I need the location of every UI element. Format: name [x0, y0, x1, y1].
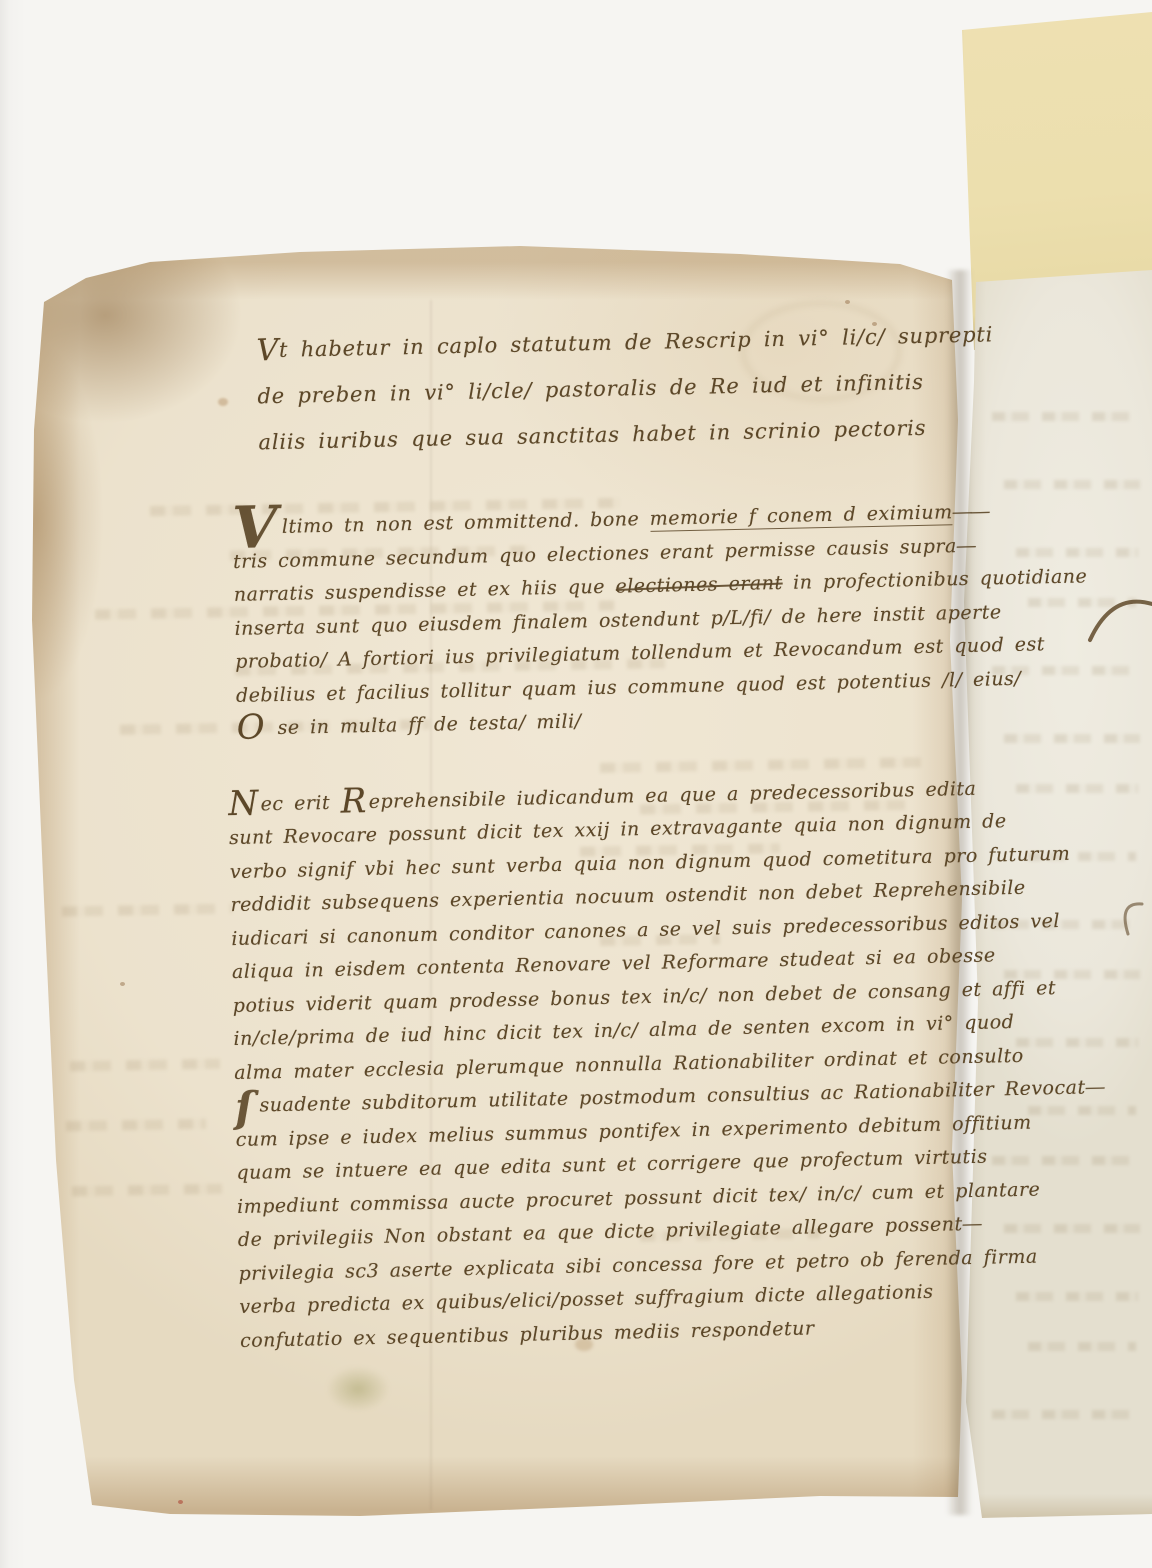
manuscript-text: ―: [1085, 1076, 1103, 1098]
manuscript-text: ―: [957, 534, 975, 556]
manuscript-text: electiones erant: [615, 572, 783, 598]
speck: [120, 982, 125, 986]
bleedthrough-line: [1028, 598, 1136, 607]
manuscript-text: V: [232, 493, 279, 562]
bleedthrough-line: [992, 412, 1142, 421]
bleedthrough-line: [1016, 1292, 1138, 1301]
paragraph: Nec erit Reprehensibile iudicandum ea qu…: [228, 772, 990, 1358]
bleedthrough-line: [1016, 784, 1138, 793]
paragraph: Vltimo tn non est ommittend. bone memori…: [232, 496, 977, 747]
manuscript-text: ――: [952, 500, 988, 523]
bleedthrough-line: [1004, 734, 1140, 743]
photo-backdrop: Vt habetur in caplo statutum de Rescrip …: [0, 0, 1152, 1568]
manuscript-text: se in multa ff de testa/ mili/: [267, 710, 582, 739]
bleedthrough-line: [992, 1156, 1142, 1165]
manuscript-text: ltimo tn non est ommittend. bone: [282, 508, 650, 538]
paragraph: Vt habetur in caplo statutum de Rescrip …: [228, 312, 971, 466]
manuscript-text: narratis suspendisse et ex hiis que: [234, 576, 616, 606]
manuscript-text: N: [228, 783, 259, 824]
bleedthrough-line: [1016, 1038, 1138, 1047]
manuscript-text: O: [236, 707, 265, 748]
manuscript-text: ec erit: [260, 791, 340, 815]
bleedthrough-line: [70, 1059, 220, 1072]
bleedthrough-line: [62, 904, 232, 917]
manuscript-text: ―: [962, 1213, 980, 1235]
manuscript-text: t habetur in caplo statutum de Rescrip i…: [279, 322, 994, 362]
bleedthrough-line: [66, 1119, 206, 1131]
bleedthrough-line: [1028, 1106, 1136, 1115]
bleedthrough-line: [1028, 1342, 1136, 1351]
manuscript-text: confutatio ex sequentibus pluribus medii…: [240, 1317, 815, 1352]
manuscript-text: V: [256, 333, 279, 368]
manuscript-text: memorie f conem d eximium: [650, 501, 953, 532]
bleedthrough-line: [1004, 480, 1140, 489]
manuscript-text-layer: Vt habetur in caplo statutum de Rescrip …: [228, 312, 990, 1358]
stain: [326, 1366, 390, 1412]
manuscript-text: de preben in vi° li/cle/ pastoralis de R…: [257, 370, 924, 409]
bleedthrough-line: [1016, 548, 1138, 557]
manuscript-text: aliis iuribus que sua sanctitas habet in…: [258, 416, 926, 455]
red-speck: [178, 1500, 183, 1504]
manuscript-text: ſ: [234, 1083, 254, 1132]
speck: [845, 300, 850, 304]
bleedthrough-line: [1004, 1224, 1140, 1233]
manuscript-text: R: [340, 781, 367, 822]
bleedthrough-line: [72, 1184, 222, 1197]
stain: [218, 398, 228, 406]
bleedthrough-line: [992, 1410, 1142, 1419]
